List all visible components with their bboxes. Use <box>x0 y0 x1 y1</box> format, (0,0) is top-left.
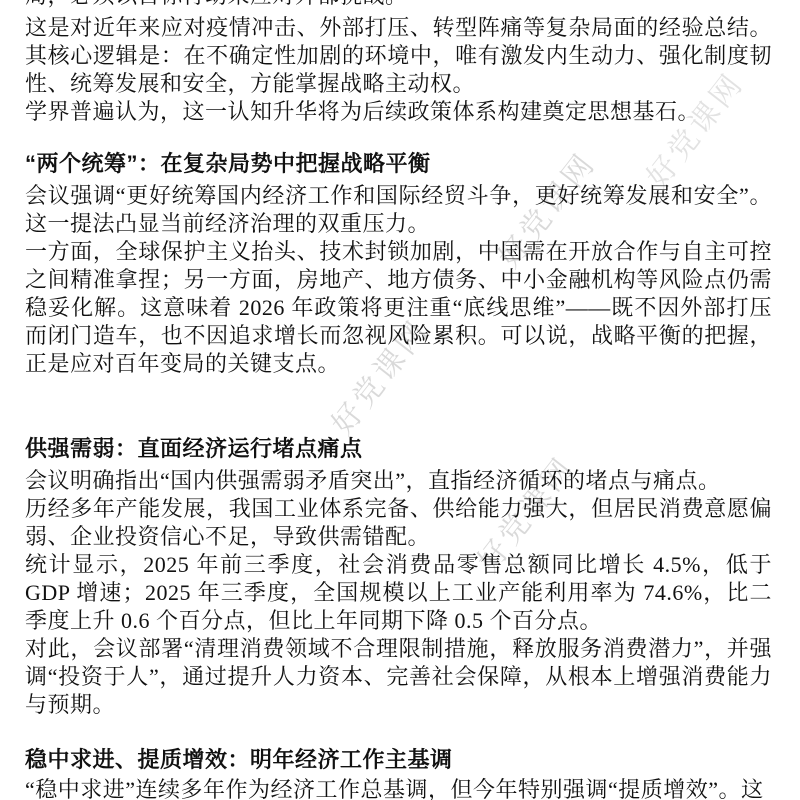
section-heading-supply-demand: 供强需弱：直面经济运行堵点痛点 <box>25 435 772 463</box>
document-content: 局，必须以目标行动来应对外部挑战。 这是对近年来应对疫情冲击、外部打压、转型阵痛… <box>0 0 800 800</box>
paragraph: 会议强调“更好统筹国内经济工作和国际经贸斗争，更好统筹发展和安全”。这一提法凸显… <box>25 182 772 238</box>
paragraph-clipped-bottom: “稳中求进”连续多年作为经济工作总基调，但今年特别强调“提质增效”。这 <box>25 776 772 800</box>
document-page: 好党课网 好党课网 好党课网 好党课网 局，必须以目标行动来应对外部挑战。 这是… <box>0 0 800 800</box>
paragraph: 一方面，全球保护主义抬头、技术封锁加剧，中国需在开放合作与自主可控之间精准拿捏；… <box>25 238 772 378</box>
paragraph: 这是对近年来应对疫情冲击、外部打压、转型阵痛等复杂局面的经验总结。其核心逻辑是：… <box>25 14 772 98</box>
paragraph: 历经多年产能发展，我国工业体系完备、供给能力强大，但居民消费意愿偏弱、企业投资信… <box>25 495 772 551</box>
paragraph-clipped-top: 局，必须以目标行动来应对外部挑战。 <box>25 0 772 10</box>
paragraph: 学界普遍认为，这一认知升华将为后续政策体系构建奠定思想基石。 <box>25 98 772 126</box>
paragraph-statistics: 统计显示，2025 年前三季度，社会消费品零售总额同比增长 4.5%，低于 GD… <box>25 551 772 635</box>
section-heading-two-coordinations: “两个统筹”：在复杂局势中把握战略平衡 <box>25 150 772 178</box>
paragraph: 对此，会议部署“清理消费领域不合理限制措施，释放服务消费潜力”，并强调“投资于人… <box>25 635 772 719</box>
paragraph: 会议明确指出“国内供强需弱矛盾突出”，直指经济循环的堵点与痛点。 <box>25 467 772 495</box>
section-heading-main-keynote: 稳中求进、提质增效：明年经济工作主基调 <box>25 746 772 774</box>
